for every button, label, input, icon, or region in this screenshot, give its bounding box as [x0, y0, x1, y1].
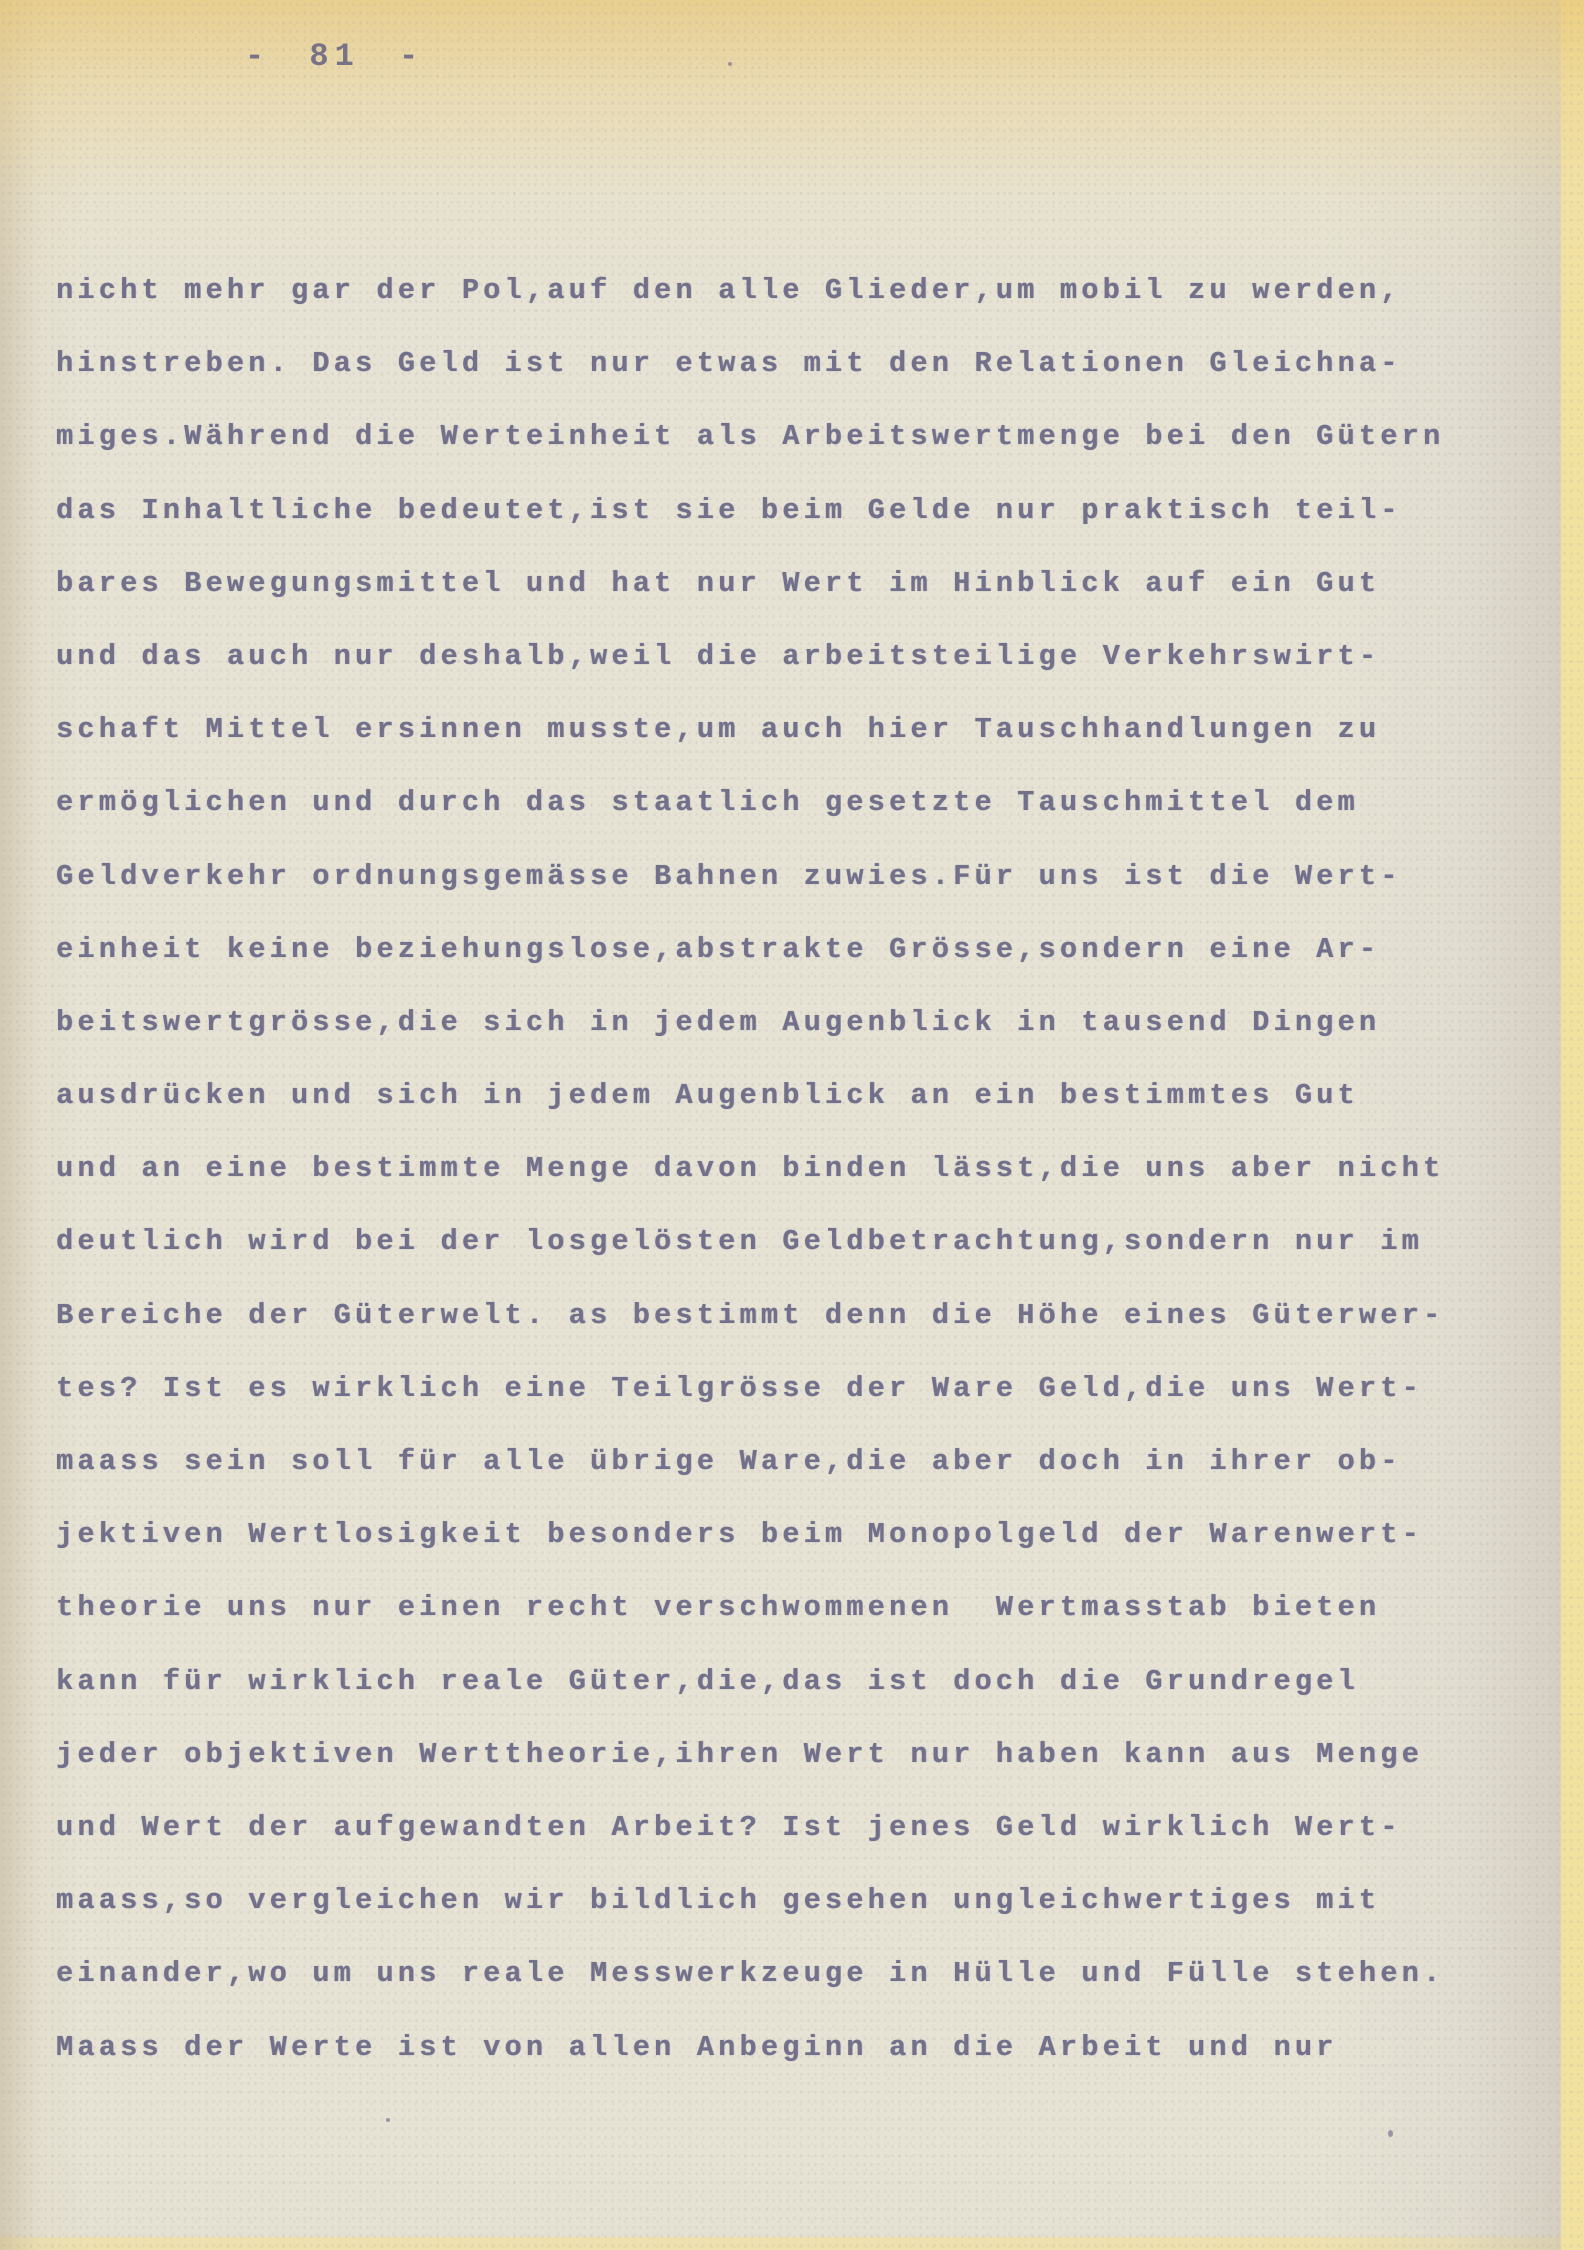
text-line: und Wert der aufgewandten Arbeit? Ist je…: [56, 1791, 1546, 1864]
text-line: und das auch nur deshalb,weil die arbeit…: [56, 620, 1546, 693]
ink-speck: [1388, 2130, 1393, 2137]
text-line: einander,wo um uns reale Messwerkzeuge i…: [56, 1937, 1546, 2010]
text-line: schaft Mittel ersinnen musste,um auch hi…: [56, 693, 1546, 766]
text-line: jektiven Wertlosigkeit besonders beim Mo…: [56, 1498, 1546, 1571]
text-line: beitswertgrösse,die sich in jedem Augenb…: [56, 986, 1546, 1059]
text-line: jeder objektiven Werttheorie,ihren Wert …: [56, 1718, 1546, 1791]
typewritten-body: nicht mehr gar der Pol,auf den alle Glie…: [56, 254, 1546, 2084]
text-line: nicht mehr gar der Pol,auf den alle Glie…: [56, 254, 1546, 327]
text-line: tes? Ist es wirklich eine Teilgrösse der…: [56, 1352, 1546, 1425]
text-line: und an eine bestimmte Menge davon binden…: [56, 1132, 1546, 1205]
ink-speck: [728, 62, 732, 66]
text-line: Geldverkehr ordnungsgemässe Bahnen zuwie…: [56, 840, 1546, 913]
text-line: theorie uns nur einen recht verschwommen…: [56, 1571, 1546, 1644]
text-line: ermöglichen und durch das staatlich gese…: [56, 766, 1546, 839]
text-line: maass,so vergleichen wir bildlich gesehe…: [56, 1864, 1546, 1937]
text-line: ausdrücken und sich in jedem Augenblick …: [56, 1059, 1546, 1132]
page-number: - 81 -: [245, 38, 424, 75]
text-line: bares Bewegungsmittel und hat nur Wert i…: [56, 547, 1546, 620]
text-line: das Inhaltliche bedeutet,ist sie beim Ge…: [56, 474, 1546, 547]
text-line: miges.Während die Werteinheit als Arbeit…: [56, 400, 1546, 473]
ink-speck: [386, 2118, 390, 2122]
text-line: maass sein soll für alle übrige Ware,die…: [56, 1425, 1546, 1498]
text-line: deutlich wird bei der losgelösten Geldbe…: [56, 1205, 1546, 1278]
text-line: hinstreben. Das Geld ist nur etwas mit d…: [56, 327, 1546, 400]
text-line: kann für wirklich reale Güter,die,das is…: [56, 1645, 1546, 1718]
scanned-page: - 81 - nicht mehr gar der Pol,auf den al…: [0, 0, 1584, 2250]
text-line: Bereiche der Güterwelt. as bestimmt denn…: [56, 1279, 1546, 1352]
text-line: Maass der Werte ist von allen Anbeginn a…: [56, 2011, 1546, 2084]
text-line: einheit keine beziehungslose,abstrakte G…: [56, 913, 1546, 986]
